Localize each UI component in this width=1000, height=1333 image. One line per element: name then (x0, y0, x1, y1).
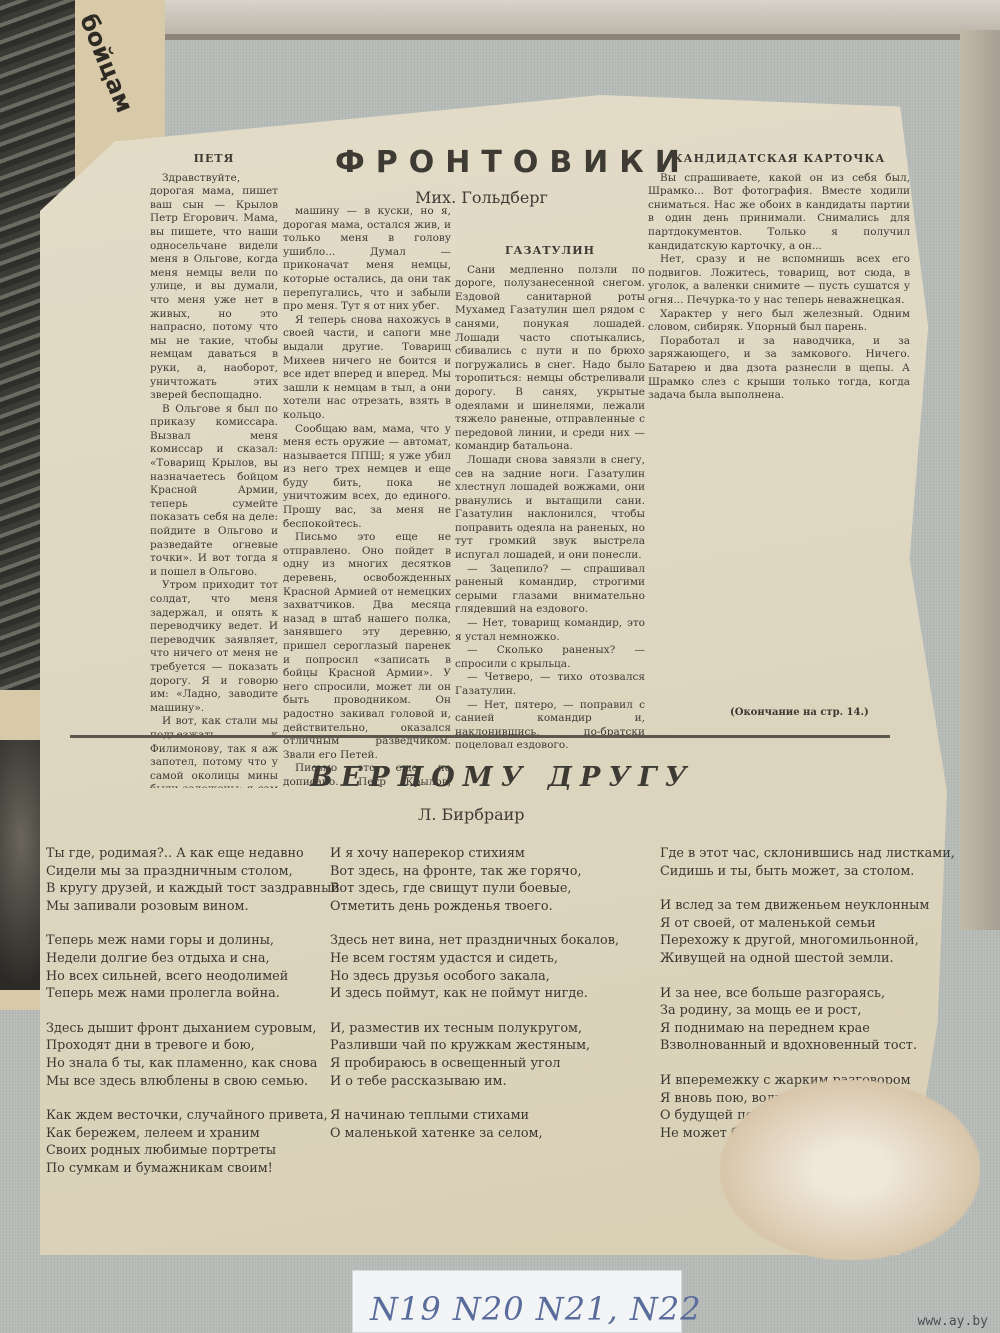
poem-line: Мы все здесь влюблены в свою семью. (46, 1073, 340, 1091)
article-paragraph: Нет, сразу и не вспомнишь всех его подви… (648, 253, 910, 307)
section-heading: ПЕТЯ (150, 152, 278, 166)
poem-line: Взволнованный и вдохновенный тост. (660, 1037, 955, 1055)
poem-line: Мы запивали розовым вином. (46, 898, 340, 916)
poem-column: И я хочу наперекор стихиямВот здесь, на … (330, 845, 619, 1159)
article-paragraph: В Ольгове я был по приказу комиссара. Вы… (150, 403, 278, 580)
issue-label-text: N19 N20 N21, N22 (370, 1290, 702, 1328)
poem-line: Вот здесь, на фронте, так же горячо, (330, 863, 619, 881)
poem-line: Живущей на одной шестой земли. (660, 950, 955, 968)
poem-line: Сидели мы за праздничным столом, (46, 863, 340, 881)
poem-line: Перехожу к другой, многомильонной, (660, 932, 955, 950)
poem-line: За родину, за мощь ее и рост, (660, 1002, 955, 1020)
article-paragraph: Сани медленно ползли по дороге, полузане… (455, 264, 645, 454)
poem-stanza: И вслед за тем движеньем неуклоннымЯ от … (660, 897, 955, 967)
poem-stanza: Ты где, родимая?.. А как еще недавноСиде… (46, 845, 340, 915)
article-paragraph: — Сколько раненых? — спросили с крыльца. (455, 644, 645, 671)
poem-line: Разливши чай по кружкам жестяным, (330, 1037, 619, 1055)
watermark: www.ay.by (918, 1314, 988, 1329)
poem-stanza: И, разместив их тесным полукругом,Разлив… (330, 1020, 619, 1090)
poem-column: Ты где, родимая?.. А как еще недавноСиде… (46, 845, 340, 1195)
poem-stanza: И за нее, все больше разгораясь,За родин… (660, 985, 955, 1055)
article-paragraph: — Зацепило? — спрашивал раненый командир… (455, 563, 645, 617)
section-heading: КАНДИДАТСКАЯ КАРТОЧКА (648, 152, 910, 166)
article-column: ПЕТЯЗдравствуйте, дорогая мама, пишет ва… (150, 148, 278, 788)
article-paragraph: Поработал и за наводчика, и за заряжающе… (648, 335, 910, 403)
poem-line: И здесь поймут, как не поймут нигде. (330, 985, 619, 1003)
poem-line: Недели долгие без отдыха и сна, (46, 950, 340, 968)
poem-stanza: Я начинаю теплыми стихамиО маленькой хат… (330, 1107, 619, 1142)
poem-line: Но здесь друзья особого закала, (330, 968, 619, 986)
poem-line: И вслед за тем движеньем неуклонным (660, 897, 955, 915)
poem-stanza: Как ждем весточки, случайного привета,Ка… (46, 1107, 340, 1177)
article-paragraph: машину — в куски, но я, дорогая мама, ос… (283, 205, 451, 314)
poem-line: Здесь нет вина, нет праздничных бокалов, (330, 932, 619, 950)
poem-line: В кругу друзей, и каждый тост заздравный (46, 880, 340, 898)
article-paragraph: Характер у него был железный. Одним слов… (648, 308, 910, 335)
article-column: машину — в куски, но я, дорогая мама, ос… (283, 205, 451, 790)
picture-frame-right (960, 30, 1000, 930)
article-column: ГАЗАТУЛИНСани медленно ползли по дороге,… (455, 240, 645, 790)
section-divider (70, 735, 890, 738)
poem-stanza: Здесь дышит фронт дыханием суровым,Прохо… (46, 1020, 340, 1090)
poem-stanza: И я хочу наперекор стихиямВот здесь, на … (330, 845, 619, 915)
poem-line: Не всем гостям удастся и сидеть, (330, 950, 619, 968)
poem-stanza: Теперь меж нами горы и долины,Недели дол… (46, 932, 340, 1002)
poem-line: Как ждем весточки, случайного привета, (46, 1107, 340, 1125)
poem-line: Но всех сильней, всего неодолимей (46, 968, 340, 986)
poem-line: Я от своей, от маленькой семьи (660, 915, 955, 933)
poem-line: О маленькой хатенке за селом, (330, 1125, 619, 1143)
poem-line: Я начинаю теплыми стихами (330, 1107, 619, 1125)
poem-line: Своих родных любимые портреты (46, 1142, 340, 1160)
poem-line: Отметить день рожденья твоего. (330, 898, 619, 916)
poem-line: Сидишь и ты, быть может, за столом. (660, 863, 955, 881)
poem-stanza: Где в этот час, склонившись над листками… (660, 845, 955, 880)
article-title: ФРОНТОВИКИ (335, 145, 691, 180)
poem-line: Но знала б ты, как пламенно, как снова (46, 1055, 340, 1073)
poem-stanza: Здесь нет вина, нет праздничных бокалов,… (330, 932, 619, 1002)
article-paragraph: Сообщаю вам, мама, что у меня есть оружи… (283, 423, 451, 532)
continuation-note: (Окончание на стр. 14.) (730, 707, 869, 718)
section-heading: ГАЗАТУЛИН (455, 244, 645, 258)
torn-page-corner (720, 1080, 980, 1260)
article-paragraph: Утром приходит тот солдат, что меня заде… (150, 579, 278, 715)
poem-line: По сумкам и бумажникам своим! (46, 1160, 340, 1178)
poem-line: Ты где, родимая?.. А как еще недавно (46, 845, 340, 863)
article-paragraph: Вы спрашиваете, какой он из себя был, Шр… (648, 172, 910, 254)
poem-line: И, разместив их тесным полукругом, (330, 1020, 619, 1038)
article-paragraph: Лошади снова завязли в снегу, сев на зад… (455, 454, 645, 563)
article-paragraph: — Нет, товарищ командир, это я устал нем… (455, 617, 645, 644)
poem-line: И о тебе рассказываю им. (330, 1073, 619, 1091)
poem-line: Я поднимаю на переднем крае (660, 1020, 955, 1038)
article-paragraph: — Нет, пятеро, — поправил с санией коман… (455, 699, 645, 753)
article-paragraph: Я теперь снова нахожусь в своей части, и… (283, 314, 451, 423)
poem-line: Теперь меж нами горы и долины, (46, 932, 340, 950)
poem-author: Л. Бирбраир (418, 805, 525, 824)
article-column: КАНДИДАТСКАЯ КАРТОЧКАВы спрашиваете, как… (648, 148, 910, 723)
poem-line: Проходят дни в тревоге и бою, (46, 1037, 340, 1055)
poem-line: Вот здесь, где свищут пули боевые, (330, 880, 619, 898)
article-paragraph: — Четверо, — тихо отозвался Газатулин. (455, 671, 645, 698)
article-paragraph: Здравствуйте, дорогая мама, пишет ваш сы… (150, 172, 278, 403)
picture-frame-top (150, 0, 1000, 40)
article-paragraph: И вот, как стали мы подъезжать к Филимон… (150, 715, 278, 788)
article-paragraph: Письмо это еще не отправлено. Оно пойдет… (283, 531, 451, 762)
poem-line: Где в этот час, склонившись над листками… (660, 845, 955, 863)
poem-line: Я пробираюсь в освещенный угол (330, 1055, 619, 1073)
poem-line: И я хочу наперекор стихиям (330, 845, 619, 863)
poem-line: Теперь меж нами пролегла война. (46, 985, 340, 1003)
poem-title: ВЕРНОМУ ДРУГУ (310, 762, 695, 793)
poem-line: Здесь дышит фронт дыханием суровым, (46, 1020, 340, 1038)
poem-line: И за нее, все больше разгораясь, (660, 985, 955, 1003)
poem-line: Как бережем, лелеем и храним (46, 1125, 340, 1143)
